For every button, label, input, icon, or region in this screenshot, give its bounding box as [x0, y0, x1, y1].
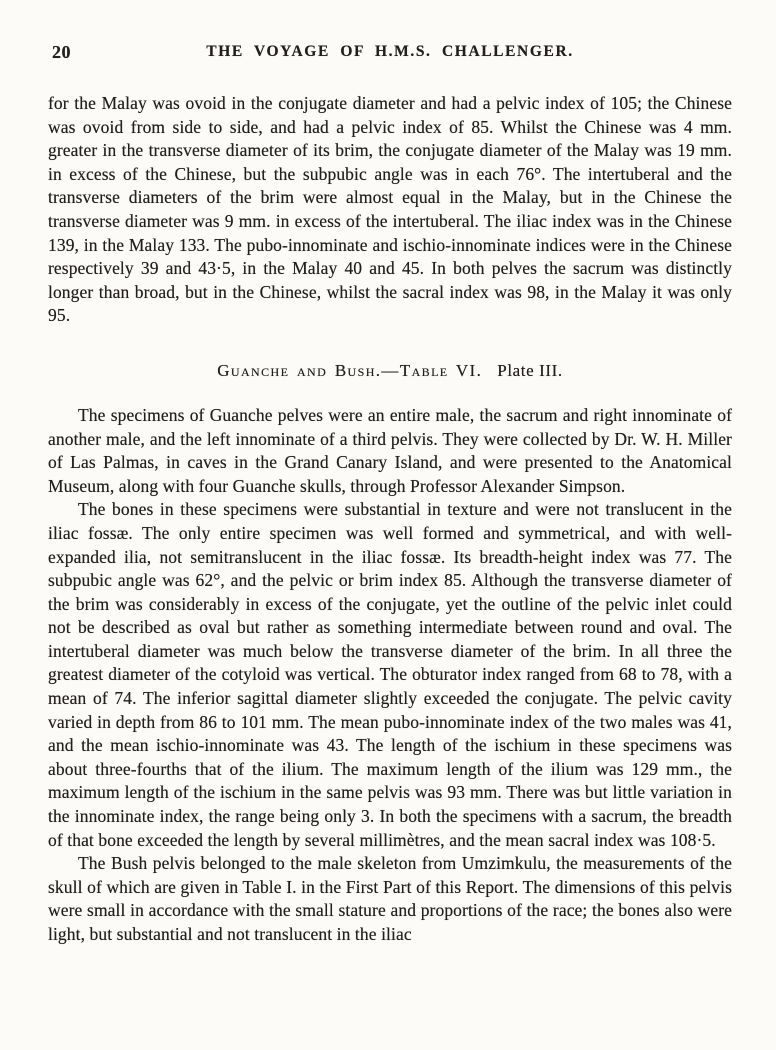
page-header: 20 THE VOYAGE OF H.M.S. CHALLENGER. [48, 42, 732, 66]
paragraph-bush-pelvis: The Bush pelvis belonged to the male ske… [48, 852, 732, 946]
book-page: 20 THE VOYAGE OF H.M.S. CHALLENGER. for … [0, 0, 776, 1050]
paragraph-guanche-specimens: The specimens of Guanche pelves were an … [48, 404, 732, 498]
section-heading-title: Guanche and Bush.—Table VI. [217, 361, 482, 380]
paragraph-malay-chinese-comparison: for the Malay was ovoid in the conjugate… [48, 92, 732, 328]
section-heading: Guanche and Bush.—Table VI.Plate III. [48, 359, 732, 383]
page-body: for the Malay was ovoid in the conjugate… [48, 92, 732, 947]
section-heading-plate: Plate III. [497, 361, 562, 380]
paragraph-guanche-measurements: The bones in these specimens were substa… [48, 498, 732, 852]
running-title: THE VOYAGE OF H.M.S. CHALLENGER. [48, 43, 732, 61]
